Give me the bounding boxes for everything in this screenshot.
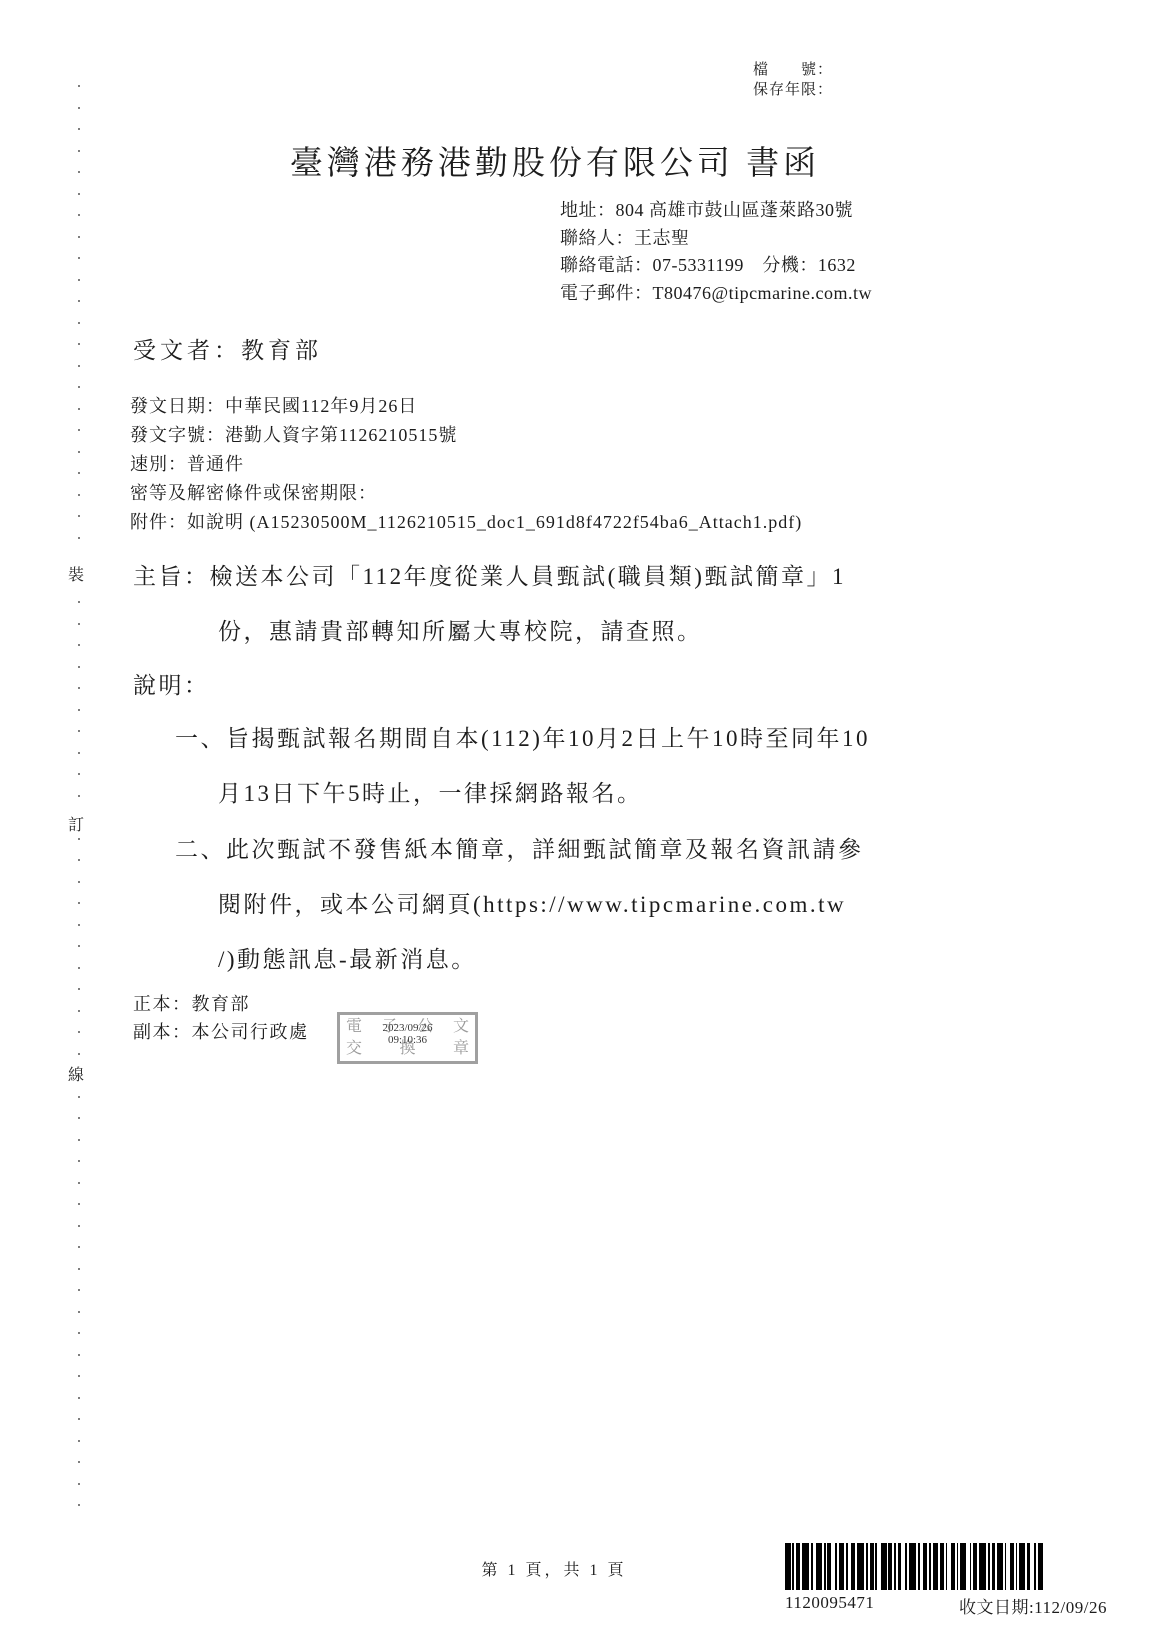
- file-number-block: 檔 號： 保存年限：: [753, 60, 833, 100]
- subject-line-2: 份，惠請貴部轉知所屬大專校院，請查照。: [218, 613, 703, 646]
- binding-dot: [78, 1139, 80, 1141]
- official-letter-page: { "document": { "file_label": "檔 號：", "r…: [0, 0, 1158, 1649]
- binding-dot: [78, 1053, 80, 1055]
- binding-dot: [78, 1332, 80, 1334]
- sender-contact-person: 聯絡人：王志聖: [560, 225, 872, 253]
- binding-dot: [78, 644, 80, 646]
- binding-dot: [78, 1182, 80, 1184]
- binding-dot: [78, 924, 80, 926]
- stamp-time: 09:10:36: [340, 1034, 475, 1046]
- binding-dot: [78, 279, 80, 281]
- binding-dot: [78, 1225, 80, 1227]
- binding-dot: [78, 1268, 80, 1270]
- binding-dot: [78, 1096, 80, 1098]
- original-copy-line: 正本：教育部: [133, 990, 250, 1016]
- barcode-number: 1120095471: [785, 1593, 874, 1618]
- binding-dot: [78, 1440, 80, 1442]
- subject-line-1: 主旨：檢送本公司「112年度從業人員甄試(職員類)甄試簡章」1: [133, 558, 846, 591]
- binding-dot: [78, 1203, 80, 1205]
- explanation-item2-line2: 閱附件，或本公司網頁(https://www.tipcmarine.com.tw: [218, 886, 846, 919]
- binding-dot: [78, 881, 80, 883]
- binding-dot: [78, 601, 80, 603]
- binding-dot: [78, 107, 80, 109]
- binding-dot: [78, 1289, 80, 1291]
- binding-dot: [78, 988, 80, 990]
- stamp-date: 2023/09/26: [340, 1022, 475, 1034]
- stamp-datetime: 2023/09/26 09:10:36: [340, 1022, 475, 1046]
- binding-dot: [78, 386, 80, 388]
- electronic-exchange-stamp: 電子公文 交換章 2023/09/26 09:10:36: [337, 1012, 478, 1064]
- document-meta-block: 發文日期：中華民國112年9月26日 發文字號：港勤人資字第1126210515…: [130, 392, 802, 537]
- binding-dot: [78, 236, 80, 238]
- binding-dot: [78, 687, 80, 689]
- binding-dot: [78, 752, 80, 754]
- issue-number-line: 發文字號：港勤人資字第1126210515號: [130, 421, 802, 450]
- binding-dot: [78, 666, 80, 668]
- barcode-image: [785, 1543, 1107, 1590]
- explanation-item1-line2: 月13日下午5時止，一律採網路報名。: [218, 775, 643, 808]
- binding-dot: [78, 408, 80, 410]
- binding-dot: [78, 1311, 80, 1313]
- received-date: 收文日期:112/09/26: [959, 1593, 1107, 1618]
- explanation-heading: 說明：: [133, 667, 210, 700]
- binding-dot: [78, 1117, 80, 1119]
- binding-dot: [78, 1504, 80, 1506]
- binding-dot: [78, 515, 80, 517]
- sender-address: 地址：804 高雄市鼓山區蓬萊路30號: [560, 197, 872, 225]
- binding-dot: [78, 1160, 80, 1162]
- attachment-line: 附件：如說明 (A15230500M_1126210515_doc1_691d8…: [130, 508, 802, 537]
- binding-dot: [78, 838, 80, 840]
- binding-dot: [78, 1418, 80, 1420]
- retention-period-label: 保存年限：: [753, 80, 833, 100]
- binding-dot: [78, 214, 80, 216]
- explanation-item2-line1: 二、此次甄試不發售紙本簡章，詳細甄試簡章及報名資訊請參: [175, 831, 864, 864]
- sender-email: 電子郵件：T80476@tipcmarine.com.tw: [560, 280, 872, 308]
- binding-dot: [78, 1354, 80, 1356]
- binding-mark-ding: 訂: [68, 812, 84, 835]
- document-title: 臺灣港務港勤股份有限公司 書函: [0, 137, 1110, 184]
- speed-class-line: 速別：普通件: [130, 450, 802, 479]
- file-number-label: 檔 號：: [753, 60, 833, 80]
- binding-dot: [78, 300, 80, 302]
- recipient-line: 受文者：教育部: [133, 332, 322, 365]
- binding-mark-zhuang: 裝: [68, 562, 84, 585]
- binding-dot: [78, 537, 80, 539]
- binding-dot: [78, 859, 80, 861]
- binding-dot: [78, 773, 80, 775]
- explanation-item2-line3: /)動態訊息-最新消息。: [218, 941, 477, 974]
- binding-dot: [78, 945, 80, 947]
- binding-dot: [78, 1483, 80, 1485]
- binding-dot: [78, 709, 80, 711]
- sender-contact-block: 地址：804 高雄市鼓山區蓬萊路30號 聯絡人：王志聖 聯絡電話：07-5331…: [560, 197, 872, 307]
- issue-date-line: 發文日期：中華民國112年9月26日: [130, 392, 802, 421]
- binding-dot: [78, 257, 80, 259]
- binding-dot: [78, 451, 80, 453]
- binding-dot: [78, 429, 80, 431]
- sender-phone: 聯絡電話：07-5331199 分機：1632: [560, 252, 872, 280]
- binding-dot: [78, 967, 80, 969]
- security-class-line: 密等及解密條件或保密期限：: [130, 479, 802, 508]
- explanation-item1-line1: 一、旨揭甄試報名期間自本(112)年10月2日上午10時至同年10: [175, 720, 870, 753]
- binding-dot: [78, 472, 80, 474]
- binding-dot: [78, 795, 80, 797]
- binding-dot: [78, 494, 80, 496]
- binding-dot: [78, 902, 80, 904]
- binding-dot: [78, 1461, 80, 1463]
- binding-dot: [78, 1246, 80, 1248]
- binding-dot: [78, 1010, 80, 1012]
- binding-dot: [78, 623, 80, 625]
- binding-dot: [78, 1031, 80, 1033]
- barcode-caption: 1120095471 收文日期:112/09/26: [785, 1593, 1107, 1618]
- binding-mark-xian: 線: [68, 1062, 84, 1085]
- binding-dot: [78, 1375, 80, 1377]
- carbon-copy-line: 副本：本公司行政處: [133, 1018, 309, 1044]
- binding-dot: [78, 128, 80, 130]
- binding-dot: [78, 1397, 80, 1399]
- binding-dot: [78, 322, 80, 324]
- binding-dot: [78, 193, 80, 195]
- binding-dot: [78, 365, 80, 367]
- receipt-barcode-block: 1120095471 收文日期:112/09/26: [785, 1543, 1107, 1618]
- binding-dot: [78, 85, 80, 87]
- binding-dot: [78, 730, 80, 732]
- binding-dot: [78, 343, 80, 345]
